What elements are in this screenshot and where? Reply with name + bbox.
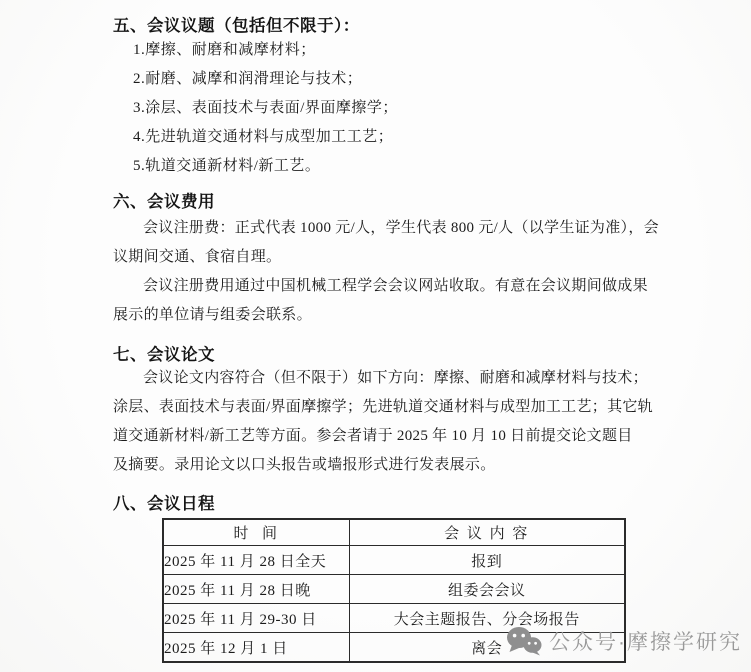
schedule-time: 2025 年 11 月 29-30 日 bbox=[163, 604, 349, 633]
section7-body: 会议论文内容符合（但不限于）如下方向：摩擦、耐磨和减摩材料与技术； 涂层、表面技… bbox=[113, 364, 653, 480]
fee-paragraph-line: 会议注册费：正式代表 1000 元/人，学生代表 800 元/人（以学生证为准）… bbox=[113, 214, 653, 243]
schedule-event: 大会主题报告、分会场报告 bbox=[349, 604, 625, 633]
topic-item-4: 4.先进轨道交通材料与成型加工工艺； bbox=[133, 123, 398, 152]
table-row: 2025 年 11 月 29-30 日 大会主题报告、分会场报告 bbox=[163, 604, 625, 633]
table-header-row: 时 间 会 议 内 容 bbox=[163, 519, 625, 546]
schedule-event: 离会 bbox=[349, 633, 625, 663]
header-content: 会 议 内 容 bbox=[349, 519, 625, 546]
paper-paragraph-line: 道交通新材料/新工艺等方面。参会者请于 2025 年 10 月 10 日前提交论… bbox=[113, 422, 653, 451]
schedule-table: 时 间 会 议 内 容 2025 年 11 月 28 日全天 报到 2025 年… bbox=[162, 518, 626, 663]
schedule-time: 2025 年 11 月 28 日全天 bbox=[163, 546, 349, 575]
schedule-event: 组委会会议 bbox=[349, 575, 625, 604]
topic-item-5: 5.轨道交通新材料/新工艺。 bbox=[133, 152, 398, 181]
schedule-event: 报到 bbox=[349, 546, 625, 575]
section7-heading: 七、会议论文 bbox=[113, 341, 215, 365]
topic-item-3: 3.涂层、表面技术与表面/界面摩擦学； bbox=[133, 94, 398, 123]
section6-body: 会议注册费：正式代表 1000 元/人，学生代表 800 元/人（以学生证为准）… bbox=[113, 214, 653, 330]
table-row: 2025 年 11 月 28 日全天 报到 bbox=[163, 546, 625, 575]
section8-heading: 八、会议日程 bbox=[113, 490, 215, 514]
schedule-time: 2025 年 12 月 1 日 bbox=[163, 633, 349, 663]
paper-paragraph-line: 会议论文内容符合（但不限于）如下方向：摩擦、耐磨和减摩材料与技术； bbox=[113, 364, 653, 393]
fee-paragraph-line: 会议注册费用通过中国机械工程学会会议网站收取。有意在会议期间做成果 bbox=[113, 272, 653, 301]
fee-paragraph-line: 议期间交通、食宿自理。 bbox=[113, 243, 653, 272]
document-page: 五、会议议题（包括但不限于）： 1.摩擦、耐磨和减摩材料； 2.耐磨、减摩和润滑… bbox=[0, 0, 751, 672]
table-row: 2025 年 11 月 28 日晚 组委会会议 bbox=[163, 575, 625, 604]
section6-heading: 六、会议费用 bbox=[113, 188, 215, 212]
schedule-time: 2025 年 11 月 28 日晚 bbox=[163, 575, 349, 604]
topic-item-1: 1.摩擦、耐磨和减摩材料； bbox=[133, 36, 398, 65]
fee-paragraph-line: 展示的单位请与组委会联系。 bbox=[113, 301, 653, 330]
section5-topic-list: 1.摩擦、耐磨和减摩材料； 2.耐磨、减摩和润滑理论与技术； 3.涂层、表面技术… bbox=[133, 36, 398, 181]
paper-paragraph-line: 涂层、表面技术与表面/界面摩擦学；先进轨道交通材料与成型加工工艺；其它轨 bbox=[113, 393, 653, 422]
topic-item-2: 2.耐磨、减摩和润滑理论与技术； bbox=[133, 65, 398, 94]
header-time: 时 间 bbox=[163, 519, 349, 546]
table-row: 2025 年 12 月 1 日 离会 bbox=[163, 633, 625, 663]
paper-paragraph-line: 及摘要。录用论文以口头报告或墙报形式进行发表展示。 bbox=[113, 451, 653, 480]
section5-heading: 五、会议议题（包括但不限于）： bbox=[113, 12, 360, 36]
